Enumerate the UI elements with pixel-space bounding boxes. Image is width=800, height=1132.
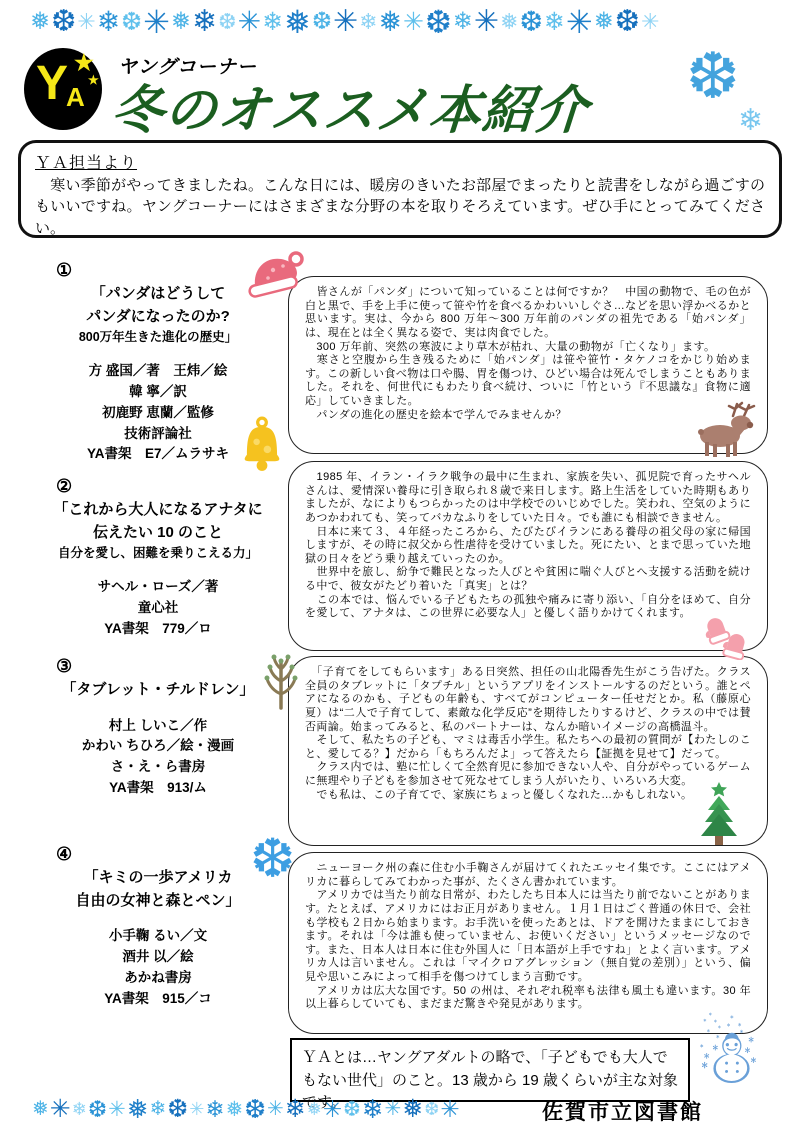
snowflake-icon: ✳	[77, 11, 95, 33]
paragraph: クラス内では、塾に忙しくて全然育児に参加できない人や、自分がやっているゲームに無…	[305, 761, 751, 788]
snowflake-icon: ❆	[343, 1099, 361, 1120]
bell-icon	[236, 416, 288, 472]
ya-definition-box: ＹＡとは…ヤングアダルトの略で、「子どもでも大人でもない世代」のこと。13 歳か…	[290, 1038, 690, 1102]
snowflake-icon: ✳	[189, 1100, 204, 1118]
page-title: 冬のオススメ本紹介	[109, 68, 591, 143]
snowflake-icon: ✳	[566, 6, 593, 38]
snowflake-icon: ❆	[244, 1096, 266, 1122]
credit-line: 韓 寧／訳	[30, 382, 286, 403]
book3-credits: 村上 しいこ／作 かわい ちひろ／絵・漫画 さ・え・ら書房 YA書架 913/ム	[30, 716, 286, 800]
paragraph: 300 万年前、突然の寒波により草木が枯れ、大量の動物が「亡くなり」ます。	[305, 341, 751, 355]
book3-title-line: 「タブレット・チルドレン」	[30, 679, 286, 702]
bare-tree-icon	[258, 648, 304, 710]
credit-line: サヘル・ローズ／著	[30, 577, 286, 598]
snowflake-icon: ✳	[385, 1099, 402, 1119]
ya-logo-letter-y: Y	[36, 60, 68, 108]
snowflake-icon: ✳	[440, 1098, 459, 1121]
paragraph: ニューヨーク州の森に住む小手鞠さんが届けてくれたエッセイ集です。ここにはアメリカ…	[305, 862, 751, 889]
snowflake-icon: ✳	[333, 7, 358, 37]
intro-body: 寒い季節がやってきましたね。こんな日には、暖房のきいたお部屋でまったりと読書をし…	[35, 175, 765, 239]
snowflake-icon: ❅	[500, 11, 518, 33]
snowflake-icon: ✳	[238, 8, 261, 36]
credit-line: 方 盛国／著 王炜／絵	[30, 361, 286, 382]
book3-number: ③	[56, 656, 286, 677]
snowflake-icon: ❆	[519, 8, 542, 36]
snowflake-icon: ✳	[143, 6, 170, 38]
credit-line: 童心社	[30, 598, 286, 619]
snowflake-icon: ❅	[226, 1099, 244, 1120]
book2-title-line: 「これから大人になるアナタに	[30, 499, 286, 522]
credit-line: 小手鞠 るい／文	[30, 926, 286, 947]
snowflake-icon: ✳	[474, 7, 499, 37]
snowflake-icon: ❄	[738, 106, 763, 136]
christmas-tree-icon	[696, 782, 742, 846]
book3-title: 「タブレット・チルドレン」	[30, 679, 286, 702]
paragraph: 世界中を旅し、紛争で難民となった人びとや貧困に喘ぐ人びとへ支援する活動を続ける中…	[305, 566, 751, 593]
snowflake-icon: ❄	[544, 10, 565, 35]
paragraph: でも私は、この子育てで、家族にちょっと優しくなれた…かもしれない。	[305, 789, 751, 803]
snowflake-icon: ✳	[50, 1097, 71, 1122]
book4-description-bubble: ニューヨーク州の森に住む小手鞠さんが届けてくれたエッセイ集です。ここにはアメリカ…	[288, 852, 768, 1034]
snowflake-icon: ❅	[32, 1099, 49, 1119]
library-name: 佐賀市立図書館	[542, 1096, 703, 1126]
paragraph: 皆さんが「パンダ」について知っていることは何ですか？ 中国の動物で、毛の色が白と…	[305, 286, 751, 341]
snowflake-icon: ❅	[379, 8, 402, 36]
book2-title-line: 自分を愛し、困難を乗りこえる力」	[30, 544, 286, 563]
snowman-icon: ☃	[694, 1020, 762, 1096]
snowflake-icon: ✳	[323, 1098, 342, 1121]
snowflake-border-bottom: ❅✳❄❆✳❅❄❆✳❄❅❆✳❄❅✳❆❄✳❅❆✳	[32, 1096, 532, 1122]
snowflake-icon: ❆	[250, 832, 295, 886]
star-icon: ★	[88, 74, 99, 86]
ya-logo: Y A ★ ★	[24, 48, 102, 130]
mittens-icon	[702, 610, 750, 660]
reindeer-icon	[688, 400, 760, 458]
snowflake-icon: ❄	[285, 1097, 306, 1122]
credit-line: さ・え・ら書房	[30, 757, 286, 778]
snowflake-icon: ❄	[362, 1096, 384, 1122]
paragraph: パンダの進化の歴史を絵本で学んでみませんか？	[305, 409, 751, 423]
credit-line: YA書架 915／コ	[30, 989, 286, 1010]
paragraph: アメリカでは当たり前な日常が、わたしたち日本人には当たり前でないことがあります。…	[305, 889, 751, 984]
book4-credits: 小手鞠 るい／文 酒井 以／絵 あかね書房 YA書架 915／コ	[30, 926, 286, 1010]
snowflake-icon: ❆	[167, 1097, 188, 1122]
snowflake-icon: ❆	[425, 6, 452, 38]
snowflake-icon: ❆	[121, 10, 142, 35]
snowflake-icon: ❅	[594, 10, 614, 34]
credit-line: 村上 しいこ／作	[30, 716, 286, 737]
snowflake-icon: ❆	[51, 7, 76, 37]
snowflake-border-top: ❅❆✳❄❆✳❅❄❆✳❄❅❆✳❄❅✳❆❄✳❅❆❄✳❅❆✳	[30, 6, 778, 38]
paragraph: 1985 年、イラン・イラク戦争の最中に生まれ、家族を失い、孤児院で育ったサヘル…	[305, 471, 751, 526]
star-icon: ★	[74, 52, 94, 74]
snowflake-icon: ❄	[150, 1099, 167, 1119]
credit-line: あかね書房	[30, 968, 286, 989]
paragraph: 日本に来て３、４年経ったころから、たびたびイランにある養母の祖父母の家に帰国しま…	[305, 526, 751, 567]
snowflake-icon: ❆	[218, 11, 236, 33]
snowflake-icon: ❄	[205, 1098, 224, 1121]
snowflake-icon: ❆	[424, 1100, 439, 1118]
snowflake-icon: ❄	[97, 8, 120, 36]
credit-line: 酒井 以／絵	[30, 947, 286, 968]
book2-description-bubble: 1985 年、イラン・イラク戦争の最中に生まれ、家族を失い、孤児院で育ったサヘル…	[288, 461, 768, 651]
book4-title-line: 自由の女神と森とペン」	[30, 890, 286, 913]
book2-info: ② 「これから大人になるアナタに 伝えたい 10 のこと 自分を愛し、困難を乗り…	[30, 476, 286, 640]
snowflake-icon: ❆	[88, 1098, 107, 1121]
snowflake-icon: ❅	[30, 10, 50, 34]
ya-logo-letter-a: A	[66, 84, 85, 110]
book4-title: 「キミの一歩アメリカ 自由の女神と森とペン」	[30, 867, 286, 912]
intro-heading: ＹＡ担当より	[35, 150, 765, 173]
book2-title-line: 伝えたい 10 のこと	[30, 522, 286, 545]
paragraph: そして、私たちの子ども、マミは毒舌小学生。私たちへの最初の質問が【わたしのこと、…	[305, 734, 751, 761]
snowflake-icon: ❄	[262, 10, 283, 35]
book4-info: ④ 「キミの一歩アメリカ 自由の女神と森とペン」 小手鞠 るい／文 酒井 以／絵…	[30, 844, 286, 1010]
snowflake-icon: ❆	[615, 7, 640, 37]
snowflake-icon: ✳	[267, 1099, 284, 1119]
snowflake-icon: ❆	[686, 44, 740, 108]
snowflake-icon: ❅	[127, 1096, 149, 1122]
santa-hat-icon	[243, 250, 307, 304]
paragraph: 寒さと空腹から生き残るために「始パンダ」は笹や笹竹・タケノコをかじり始めます。こ…	[305, 354, 751, 409]
paragraph: アメリカは広大な国です。50 の州は、それぞれ税率も法律も風土も違います。30 …	[305, 985, 751, 1012]
snowflake-icon: ❅	[402, 1097, 423, 1122]
credit-line: かわい ちひろ／絵・漫画	[30, 736, 286, 757]
snowflake-icon: ✳	[641, 11, 659, 33]
book2-credits: サヘル・ローズ／著 童心社 YA書架 779／ロ	[30, 577, 286, 640]
snowflake-icon: ❅	[284, 6, 311, 38]
snowflake-icon: ❄	[359, 11, 377, 33]
book2-number: ②	[56, 476, 286, 497]
paragraph: 「子育てをしてもらいます」ある日突然、担任の山北陽香先生がこう告げた。クラス全員…	[305, 666, 751, 734]
book3-info: ③ 「タブレット・チルドレン」 村上 しいこ／作 かわい ちひろ／絵・漫画 さ・…	[30, 656, 286, 799]
intro-box: ＹＡ担当より 寒い季節がやってきましたね。こんな日には、暖房のきいたお部屋でまっ…	[18, 140, 782, 238]
snowflake-icon: ❆	[312, 10, 332, 34]
snowflake-icon: ❄	[192, 7, 217, 37]
snowflake-icon: ✳	[108, 1099, 126, 1120]
paragraph: この本では、悩んでいる子どもたちの孤独や痛みに寄り添い、「自分をほめて、自分を愛…	[305, 594, 751, 621]
snowflake-icon: ❅	[307, 1100, 322, 1118]
snowflake-icon: ❄	[72, 1100, 87, 1118]
credit-line: YA書架 779／ロ	[30, 619, 286, 640]
book4-title-line: 「キミの一歩アメリカ	[30, 867, 286, 890]
flyer-page: ❅❆✳❄❆✳❅❄❆✳❄❅❆✳❄❅✳❆❄✳❅❆❄✳❅❆✳ Y A ★ ★ ヤングコ…	[0, 0, 800, 1132]
snowflake-icon: ❄	[453, 10, 473, 34]
snowflake-icon: ❅	[171, 10, 191, 34]
book1-title-line: 800万年生きた進化の歴史」	[30, 328, 286, 347]
snowflake-icon: ✳	[403, 10, 424, 35]
book1-title-line: パンダになったのか?	[30, 306, 286, 329]
book2-title: 「これから大人になるアナタに 伝えたい 10 のこと 自分を愛し、困難を乗りこえ…	[30, 499, 286, 563]
credit-line: YA書架 913/ム	[30, 778, 286, 799]
